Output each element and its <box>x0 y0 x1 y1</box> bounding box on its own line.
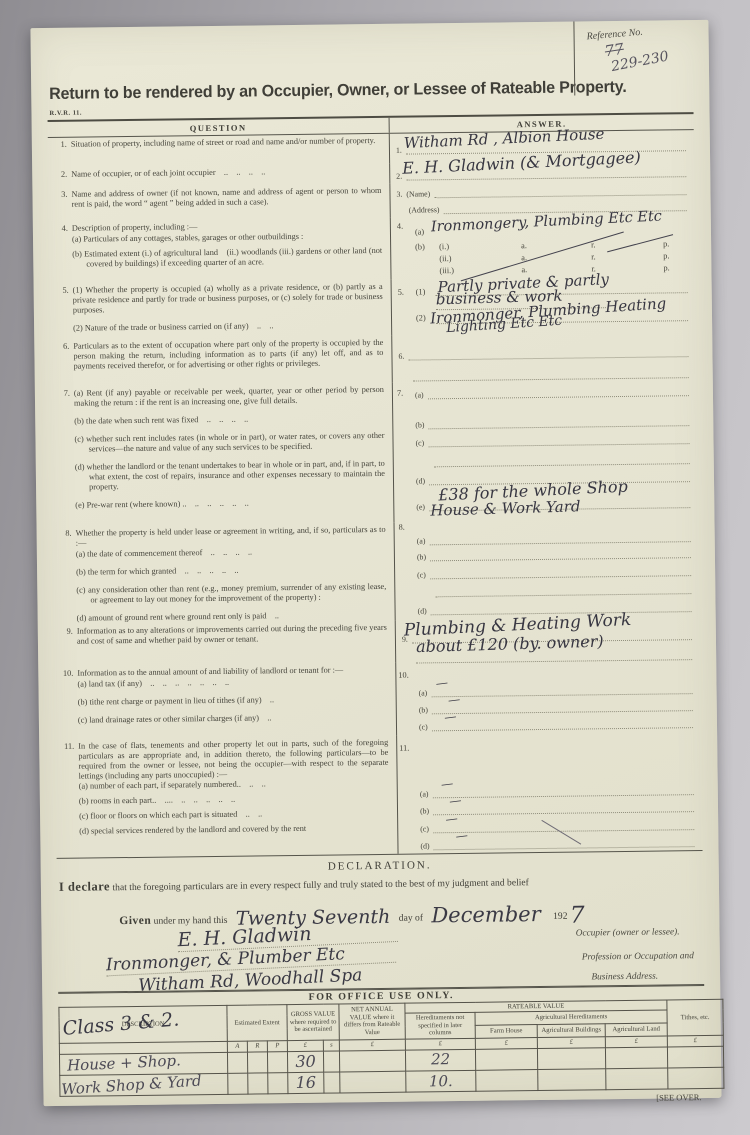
question-1: 1.Situation of property, including name … <box>52 136 381 150</box>
occupier-label: Occupier (owner or lessee). <box>576 927 680 938</box>
form-code: R.V.R. 11. <box>49 110 82 117</box>
question-answer-table: QUESTION ANSWER. 1.Situation of property… <box>48 114 703 858</box>
question-5-2: (2) Nature of the trade or business carr… <box>73 320 383 334</box>
page-title: Return to be rendered by an Occupier, Ow… <box>49 78 627 104</box>
question-7d: (d) whether the landlord or the tenant u… <box>75 459 385 493</box>
question-4b: (b) Estimated extent (i.) of agricultura… <box>72 246 382 270</box>
answer-8b-line <box>430 547 691 561</box>
form-paper: Return to be rendered by an Occupier, Ow… <box>30 20 721 1106</box>
question-3: 3.Name and address of owner (if not know… <box>52 186 381 210</box>
answer-11c-line <box>433 819 694 833</box>
question-11b: (b) rooms in each part.. .... .. .. .. .… <box>79 793 389 807</box>
answer-7e-handwriting-l2: House & Work Yard <box>430 497 581 519</box>
office-row-1-hereditaments: 22 <box>431 1050 450 1068</box>
answer-8a-line <box>429 531 690 545</box>
profession-label: Profession or Occupation and <box>582 951 694 962</box>
answer-7b-line <box>428 415 689 429</box>
reference-box: Reference No. 77 229-230 <box>573 20 693 95</box>
answer-7c-line <box>428 433 689 447</box>
answer-10b-dash: — <box>448 694 460 706</box>
question-11d: (d) special services rendered by the lan… <box>79 823 389 837</box>
answer-11: 11. (a) — (b) — (c) — (d) — <box>397 732 702 854</box>
office-use-section: FOR OFFICE USE ONLY. Class 3 & 2. DESCRI… <box>58 985 705 1111</box>
answer-10c-line <box>432 717 693 731</box>
col-agricultural-buildings: Agricultural Buildings <box>537 1024 605 1038</box>
office-row-1-description: House + Shop. <box>61 1052 181 1075</box>
answer-11d-line <box>433 836 694 850</box>
qa-row-8: 8.Whether the property is held under lea… <box>53 519 700 625</box>
month-handwriting: December <box>431 902 541 927</box>
office-row-2-gross: 16 <box>296 1073 317 1092</box>
answer-8c-line <box>430 565 691 579</box>
office-row-1-gross: 30 <box>295 1051 316 1070</box>
declaration-statement: I declare that the foregoing particulars… <box>59 872 703 895</box>
answer-7: 7. (a) (b) (c) (d) (e) £38 for the whole… <box>393 379 699 523</box>
answer-10a-dash: — <box>436 677 448 689</box>
answer-7a-line <box>428 385 689 399</box>
form-header: Return to be rendered by an Occupier, Ow… <box>46 20 693 122</box>
question-10c: (c) land drainage rates or other similar… <box>78 711 388 725</box>
question-7b: (b) the date when such rent was fixed ..… <box>74 413 384 427</box>
col-gross-value: GROSS VALUE where required to be ascerta… <box>287 1004 339 1041</box>
question-9: 9.Information as to any alterations or i… <box>58 623 387 647</box>
answer-6: 6. <box>392 332 697 383</box>
question-8b: (b) the term for which granted .. .. .. … <box>76 564 386 578</box>
col-agricultural-land: Agricultural Land <box>605 1023 667 1037</box>
answer-11b-dash: — <box>449 795 461 807</box>
answer-5: 5. (1) Partly private & partly business … <box>392 276 697 336</box>
answer-11a-line <box>432 784 693 798</box>
qa-row-6: 6.Particulars as to the extent of occupa… <box>50 332 697 387</box>
qa-row-11: 11.In the case of flats, tenements and o… <box>55 732 702 858</box>
answer-10: 10. (a) — (b) — (c) — <box>396 659 701 736</box>
answer-11d-dash: — <box>456 830 468 842</box>
col-net-annual-value: NET ANNUAL VALUE where it differs from R… <box>339 1003 405 1040</box>
col-estimated-extent: Estimated Extent <box>227 1004 287 1041</box>
question-11c: (c) floor or floors on which each part i… <box>79 808 389 822</box>
question-8c: (c) any consideration other than rent (e… <box>76 582 386 606</box>
question-8: 8.Whether the property is held under lea… <box>57 525 386 549</box>
question-7c: (c) whether such rent includes rates (in… <box>74 431 384 455</box>
answer-4: 4. (a) Ironmongery, Plumbing Etc Etc (b)… <box>391 214 696 280</box>
question-11: 11.In the case of flats, tenements and o… <box>59 738 388 782</box>
answer-11a-dash: — <box>441 778 453 790</box>
answer-11b-line <box>433 801 694 815</box>
answer-8c-line2 <box>435 583 691 597</box>
business-address-label: Business Address. <box>591 971 658 982</box>
col-farm-house: Farm House <box>475 1025 537 1039</box>
qa-row-5: 5.(1) Whether the property is occupied (… <box>50 276 697 340</box>
answer-8: 8. (a) (b) (c) (d) <box>395 519 700 620</box>
question-7: 7.(a) Rent (if any) payable or receivabl… <box>55 385 384 409</box>
question-6: 6.Particulars as to the extent of occupa… <box>54 338 383 372</box>
answer-10a-line <box>431 683 692 697</box>
question-7e: (e) Pre-war rent (where known) .. .. .. … <box>75 497 385 511</box>
declaration-section: DECLARATION. I declare that the foregoin… <box>57 850 705 993</box>
question-5: 5.(1) Whether the property is occupied (… <box>54 282 383 316</box>
office-row-2-hereditaments: 10. <box>429 1072 453 1090</box>
answer-11c-dash: — <box>446 813 458 825</box>
col-tithes: Tithes, etc. <box>667 999 723 1036</box>
qa-row-7: 7.(a) Rent (if any) payable or receivabl… <box>51 379 699 527</box>
answer-10b-line <box>432 700 693 714</box>
office-row-2-description: Work Shop & Yard <box>61 1072 202 1098</box>
answer-3-name-line <box>434 184 686 198</box>
answer-10c-dash: — <box>444 711 456 723</box>
answer-9: 9. Plumbing & Heating Work about £120 (b… <box>396 617 700 663</box>
question-2: 2.Name of occupier, or of each joint occ… <box>52 166 381 180</box>
answer-6-line1 <box>408 346 688 360</box>
col-hereditaments: Hereditaments not specified in later col… <box>405 1013 475 1040</box>
question-10b: (b) tithe rent charge or payment in lieu… <box>78 693 388 707</box>
answer-7c-line2 <box>434 453 690 467</box>
qa-row-10: 10.Information as to the annual amount o… <box>54 659 701 740</box>
